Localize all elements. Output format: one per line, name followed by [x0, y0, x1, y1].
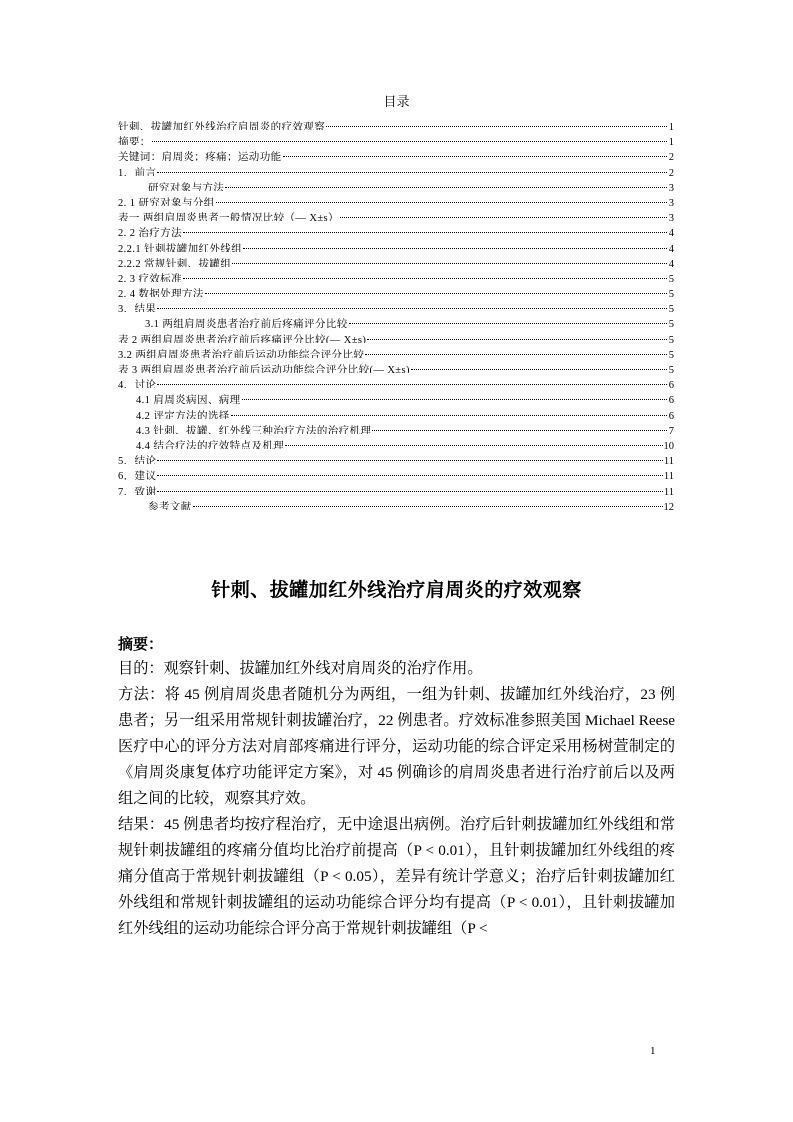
abstract-body: 目的：观察针刺、拔罐加红外线对肩周炎的治疗作用。 方法：将 45 例肩周炎患者随…	[118, 656, 675, 942]
toc-leader-dots	[365, 343, 667, 358]
abstract-objective: 目的：观察针刺、拔罐加红外线对肩周炎的治疗作用。	[118, 656, 675, 682]
toc-entry-page: 3	[668, 211, 674, 221]
toc-entry[interactable]: 2. 4 数据处理方法 5	[118, 282, 674, 297]
toc-entry-page: 4	[668, 226, 674, 236]
toc-entry-page: 4	[668, 242, 674, 252]
toc-entry[interactable]: 3.1 两组肩周炎患者治疗前后疼痛评分比较 5	[118, 312, 674, 327]
toc-entry[interactable]: 表 3 两组肩周炎患者治疗前后运动功能综合评分比较(— X±s) 5	[118, 358, 674, 373]
toc-leader-dots	[183, 221, 667, 236]
toc-entry-label: 2. 1 研究对象与分组	[118, 196, 215, 206]
toc-entry-label: 4.2 评定方法的选择	[136, 409, 230, 419]
toc-leader-dots	[349, 312, 667, 327]
toc-entry-page: 1	[668, 135, 674, 145]
toc-entry[interactable]: 2. 3 疗效标准 5	[118, 267, 674, 282]
toc-entry-label: 2. 2 治疗方法	[118, 226, 182, 236]
toc-entry-page: 5	[668, 363, 674, 373]
toc-entry-label: 表 3 两组肩周炎患者治疗前后运动功能综合评分比较(— X±s)	[118, 363, 410, 373]
toc-leader-dots	[285, 434, 662, 449]
toc-leader-dots	[193, 495, 663, 510]
toc-entry-label: 4.1 肩周炎病因、病理	[136, 393, 241, 403]
toc-entry-label: 7．致谢	[118, 485, 156, 495]
toc-leader-dots	[411, 358, 667, 373]
toc-entry-page: 1	[668, 120, 674, 130]
toc-entry-page: 11	[664, 469, 674, 479]
toc-entry[interactable]: 7．致谢 11	[118, 480, 674, 495]
toc-entry[interactable]: 5．结论 11	[118, 449, 674, 464]
toc-entry[interactable]: 3．结果 5	[118, 297, 674, 312]
toc-entry-label: 摘要：	[118, 135, 151, 145]
toc-title: 目录	[0, 94, 793, 110]
toc-leader-dots	[205, 282, 667, 297]
toc-entry-page: 5	[668, 287, 674, 297]
toc-entry-page: 7	[668, 424, 674, 434]
toc-leader-dots	[225, 176, 667, 191]
document-page: 目录 针刺、拔罐加红外线治疗肩周炎的疗效观察 1 摘要： 1 关键词：肩周炎；疼…	[0, 0, 793, 1122]
toc-leader-dots	[283, 145, 668, 160]
page-number: 1	[650, 1044, 656, 1058]
toc-entry[interactable]: 1．前言 2	[118, 161, 674, 176]
toc-entry-label: 4.4 结合疗法的疗效特点及机理	[136, 439, 284, 449]
toc-entry-page: 5	[668, 317, 674, 327]
toc-entry-page: 2	[668, 166, 674, 176]
toc-leader-dots	[340, 206, 667, 221]
toc-leader-dots	[157, 464, 663, 479]
toc-entry-page: 6	[668, 378, 674, 388]
toc-entry-page: 11	[664, 485, 674, 495]
abstract-results: 结果：45 例患者均按疗程治疗，无中途退出病例。治疗后针刺拔罐加红外线组和常规针…	[118, 812, 675, 942]
toc-leader-dots	[243, 237, 667, 252]
toc-entry-label: 参考文献	[148, 500, 192, 510]
toc-entry[interactable]: 摘要： 1	[118, 130, 674, 145]
toc-entry-label: 关键词：肩周炎；疼痛；运动功能	[118, 150, 282, 160]
toc-entry[interactable]: 4.3 针刺、拔罐、红外线三种治疗方法的治疗机理 7	[118, 419, 674, 434]
toc-entry[interactable]: 4.1 肩周炎病因、病理 6	[118, 388, 674, 403]
toc-entry-label: 2. 4 数据处理方法	[118, 287, 204, 297]
toc-entry-page: 3	[668, 181, 674, 191]
toc-leader-dots	[242, 388, 667, 403]
toc-entry-label: 研究对象与方法	[148, 181, 224, 191]
toc-entry-label: 2.2.1 针刺拔罐加红外线组	[118, 242, 242, 252]
toc-entry[interactable]: 参考文献 12	[118, 495, 674, 510]
toc-leader-dots	[157, 449, 663, 464]
toc-entry-page: 12	[664, 500, 675, 510]
toc-entry[interactable]: 针刺、拔罐加红外线治疗肩周炎的疗效观察 1	[118, 115, 674, 130]
toc-entry-page: 6	[668, 409, 674, 419]
toc-leader-dots	[231, 404, 667, 419]
toc-leader-dots	[326, 115, 667, 130]
toc-leader-dots	[232, 252, 667, 267]
toc-leader-dots	[157, 297, 667, 312]
toc-leader-dots	[157, 161, 667, 176]
toc-entry-page: 5	[668, 302, 674, 312]
toc-entry[interactable]: 4.2 评定方法的选择 6	[118, 404, 674, 419]
toc-entry[interactable]: 关键词：肩周炎；疼痛；运动功能 2	[118, 145, 674, 160]
toc-entry-page: 6	[668, 393, 674, 403]
toc-entry-label: 表一 两组肩周炎患者一般情况比较（— X±s）	[118, 211, 339, 221]
toc-entry[interactable]: 2.2.2 常规针刺、拔罐组 4	[118, 252, 674, 267]
toc-entry-label: 4.3 针刺、拔罐、红外线三种治疗方法的治疗机理	[136, 424, 371, 434]
toc-entry-label: 5．结论	[118, 454, 156, 464]
toc-entry[interactable]: 2. 1 研究对象与分组 3	[118, 191, 674, 206]
toc-leader-dots	[216, 191, 667, 206]
toc-entry-label: 3.2 两组肩周炎患者治疗前后运动功能综合评分比较	[118, 348, 364, 358]
toc-entry[interactable]: 表一 两组肩周炎患者一般情况比较（— X±s） 3	[118, 206, 674, 221]
toc-entry-page: 5	[668, 272, 674, 282]
abstract-heading: 摘要：	[118, 633, 163, 655]
toc-entry-page: 5	[668, 333, 674, 343]
toc-entry-label: 2.2.2 常规针刺、拔罐组	[118, 257, 231, 267]
toc-entry-label: 3.1 两组肩周炎患者治疗前后疼痛评分比较	[145, 317, 348, 327]
toc-leader-dots	[183, 267, 667, 282]
toc-entry-label: 表 2 两组肩周炎患者治疗前后疼痛评分比较(— X±s)	[118, 333, 366, 343]
abstract-methods: 方法：将 45 例肩周炎患者随机分为两组，一组为针刺、拔罐加红外线治疗，23 例…	[118, 682, 675, 812]
toc-entry-label: 4．讨论	[118, 378, 156, 388]
toc-leader-dots	[367, 328, 667, 343]
toc-entry-label: 针刺、拔罐加红外线治疗肩周炎的疗效观察	[118, 120, 325, 130]
toc-entry[interactable]: 研究对象与方法 3	[118, 176, 674, 191]
toc-entry-page: 5	[668, 348, 674, 358]
toc-entry[interactable]: 2.2.1 针刺拔罐加红外线组 4	[118, 237, 674, 252]
toc-entry-label: 6．建议	[118, 469, 156, 479]
table-of-contents: 针刺、拔罐加红外线治疗肩周炎的疗效观察 1 摘要： 1 关键词：肩周炎；疼痛；运…	[118, 115, 674, 510]
toc-entry[interactable]: 6．建议 11	[118, 464, 674, 479]
toc-entry-page: 3	[668, 196, 674, 206]
toc-entry-page: 2	[668, 150, 674, 160]
toc-entry-label: 1．前言	[118, 166, 156, 176]
toc-entry-page: 10	[664, 439, 675, 449]
toc-entry-label: 3．结果	[118, 302, 156, 312]
toc-leader-dots	[157, 373, 667, 388]
toc-entry[interactable]: 3.2 两组肩周炎患者治疗前后运动功能综合评分比较 5	[118, 343, 674, 358]
toc-entry[interactable]: 2. 2 治疗方法 4	[118, 221, 674, 236]
document-title: 针刺、拔罐加红外线治疗肩周炎的疗效观察	[0, 577, 793, 603]
toc-entry[interactable]: 表 2 两组肩周炎患者治疗前后疼痛评分比较(— X±s) 5	[118, 328, 674, 343]
toc-entry-page: 11	[664, 454, 674, 464]
toc-entry[interactable]: 4．讨论 6	[118, 373, 674, 388]
toc-entry[interactable]: 4.4 结合疗法的疗效特点及机理 10	[118, 434, 674, 449]
toc-leader-dots	[152, 130, 667, 145]
toc-entry-page: 4	[668, 257, 674, 267]
toc-leader-dots	[157, 480, 663, 495]
toc-entry-label: 2. 3 疗效标准	[118, 272, 182, 282]
toc-leader-dots	[372, 419, 667, 434]
